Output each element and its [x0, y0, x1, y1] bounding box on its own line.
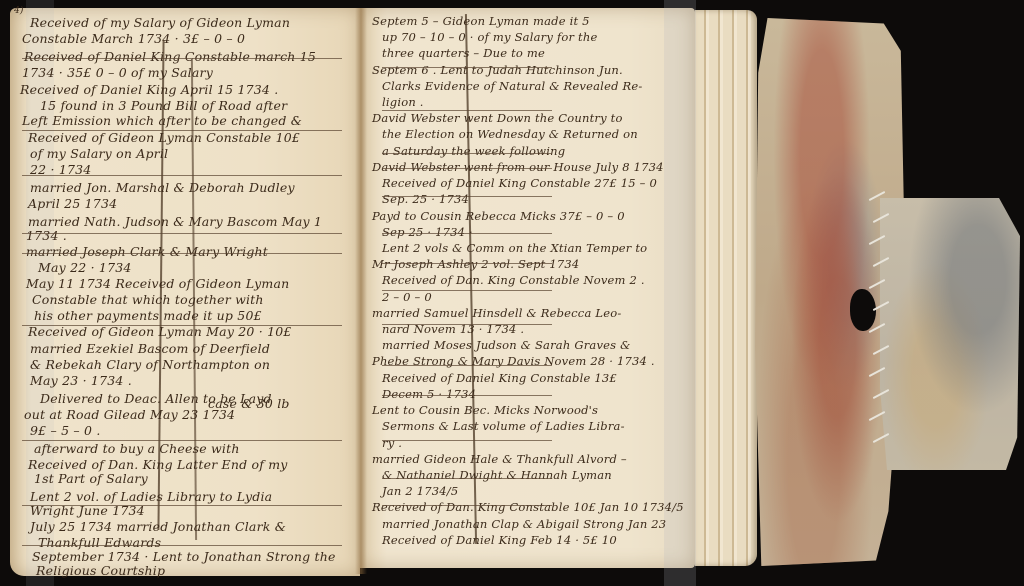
right-page-line: Mr Joseph Ashley 2 vol. Sept 1734 [372, 257, 579, 271]
right-page-line: married Moses Judson & Sarah Graves & [382, 338, 631, 352]
right-page-line: Lent to Cousin Bec. Micks Norwood's [372, 403, 598, 417]
entry-divider [382, 263, 552, 264]
right-page-line: Received of Daniel King Constable 27£ 15… [382, 176, 657, 190]
left-page-line: Constable that which together with [32, 292, 264, 307]
left-page-line: married Jon. Marshal & Deborah Dudley [30, 180, 295, 195]
right-page-line: David Webster went from our House July 8… [372, 160, 664, 174]
cover-flap [880, 198, 1020, 470]
entry-divider [382, 505, 552, 506]
right-page-line: Decem 5 · 1734 [382, 387, 476, 401]
right-page-line: a Saturday the week following [382, 144, 565, 158]
left-page-line: Received of Daniel King Constable march … [24, 49, 316, 64]
entry-divider [382, 196, 552, 197]
entry-divider [382, 395, 552, 396]
entry-divider [22, 233, 342, 234]
left-page-line: his other payments made it up 50£ [34, 308, 262, 323]
left-page-line: Lent 2 vol. of Ladies Library to Lydia [30, 489, 272, 504]
left-page-line: May 11 1734 Received of Gideon Lyman [26, 276, 289, 291]
right-page-line: Sep. 25 · 1734 [382, 192, 469, 206]
right-page-line: Sep 25 · 1734 · [382, 225, 473, 239]
left-page-line: Received of my Salary of Gideon Lyman [30, 15, 290, 30]
right-page-line: Sermons & Last volume of Ladies Libra- [382, 419, 625, 433]
left-page-line: out at Road Gilead May 23 1734 [24, 407, 235, 422]
entry-divider [22, 175, 342, 176]
left-page-line: Religious Courtship [36, 563, 165, 578]
left-page-line: 1st Part of Salary [34, 471, 148, 486]
entry-divider [382, 290, 552, 291]
left-page-line: April 25 1734 [28, 196, 117, 211]
right-page-line: the Election on Wednesday & Returned on [382, 127, 638, 141]
right-page-line: David Webster went Down the Country to [372, 111, 623, 125]
right-page-line: three quarters – Due to me [382, 46, 545, 60]
left-page-line: Received of Gideon Lyman May 20 · 10£ [28, 324, 292, 339]
tab-strip-right [664, 0, 696, 586]
right-page-line: Lent 2 vols & Comm on the Xtian Temper t… [382, 241, 647, 255]
entry-divider [382, 110, 552, 111]
right-page-line: 2 – 0 – 0 [382, 290, 432, 304]
entry-divider [382, 153, 552, 154]
entry-divider [22, 253, 342, 254]
left-page-line: Received of Daniel King April 15 1734 . [20, 82, 278, 97]
entry-divider [22, 130, 342, 131]
left-page-line: July 25 1734 married Jonathan Clark & [30, 519, 286, 534]
left-page-line: married Nath. Judson & Mary Bascom May 1 [28, 214, 322, 229]
left-page-line: married Ezekiel Bascom of Deerfield [30, 341, 270, 356]
entry-divider [382, 67, 552, 68]
right-page-line: Received of Dan. King Constable Novem 2 … [382, 273, 645, 287]
entry-divider [22, 545, 342, 546]
entry-divider [382, 324, 552, 325]
right-page-line: married Gideon Hale & Thankfull Alvord – [372, 452, 627, 466]
page-mark: 4) [14, 6, 24, 16]
right-page-line: ligion . [382, 95, 424, 109]
entry-divider [382, 365, 552, 366]
right-page-line: married Jonathan Clap & Abigail Strong J… [382, 517, 666, 531]
left-page-line: Constable March 1734 · 3£ – 0 – 0 [22, 31, 245, 46]
entry-divider [382, 233, 552, 234]
left-page-line: Received of Gideon Lyman Constable 10£ [28, 130, 300, 145]
right-page-line: Septem 5 – Gideon Lyman made it 5 [372, 14, 590, 28]
page-edges [695, 10, 757, 566]
left-page-line: 1734 · 35£ 0 – 0 of my Salary [22, 65, 213, 80]
left-page-line: afterward to buy a Cheese with [34, 441, 240, 456]
entry-divider [382, 440, 552, 441]
left-page-line: 9£ – 5 – 0 . [30, 423, 101, 438]
entry-divider [22, 440, 342, 441]
left-page-line: & Rebekah Clary of Northampton on [30, 357, 270, 372]
left-page-line: of my Salary on April [30, 146, 168, 161]
right-page-line: Jan 2 1734/5 [382, 484, 458, 498]
left-page-line: 1734 . [26, 228, 67, 243]
entry-divider [22, 505, 342, 506]
right-page-line: married Samuel Hinsdell & Rebecca Leo- [372, 306, 621, 320]
entry-divider [382, 478, 552, 479]
left-page-line: 15 found in 3 Pound Bill of Road after [40, 98, 287, 113]
left-page-line: Left Emission which after to be changed … [22, 113, 302, 128]
right-page-line: Received of Dan. King Constable 10£ Jan … [372, 500, 684, 514]
right-page-line: Payd to Cousin Rebecca Micks 37£ – 0 – 0 [372, 209, 625, 223]
left-page-line: married Joseph Clark & Mary Wright [26, 244, 268, 259]
left-page-line: September 1734 · Lent to Jonathan Strong… [32, 549, 336, 564]
right-page-line: & Nathaniel Dwight & Hannah Lyman [382, 468, 612, 482]
left-page-line: May 22 · 1734 [38, 260, 132, 275]
entry-divider [22, 325, 342, 326]
right-page-line: Received of Daniel King Constable 13£ [382, 371, 617, 385]
entry-divider [22, 58, 342, 59]
manuscript-photo: Received of my Salary of Gideon LymanCon… [0, 0, 1024, 586]
left-page-line: Thankfull Edwards [38, 535, 161, 550]
book-gutter [355, 8, 367, 574]
right-page-line: up 70 – 10 – 0 · of my Salary for the [382, 30, 597, 44]
margin-note: case & 30 lb [208, 396, 290, 411]
left-page-line: May 23 · 1734 . [30, 373, 132, 388]
right-page-line: Clarks Evidence of Natural & Revealed Re… [382, 79, 642, 93]
left-page-line: Received of Dan. King Latter End of my [28, 457, 288, 472]
right-page-line: ry . [382, 436, 402, 450]
entry-divider [382, 168, 552, 169]
right-page-line: Septem 6 . Lent to Judah Hutchinson Jun. [372, 63, 623, 77]
right-page-line: Received of Daniel King Feb 14 · 5£ 10 [382, 533, 617, 547]
